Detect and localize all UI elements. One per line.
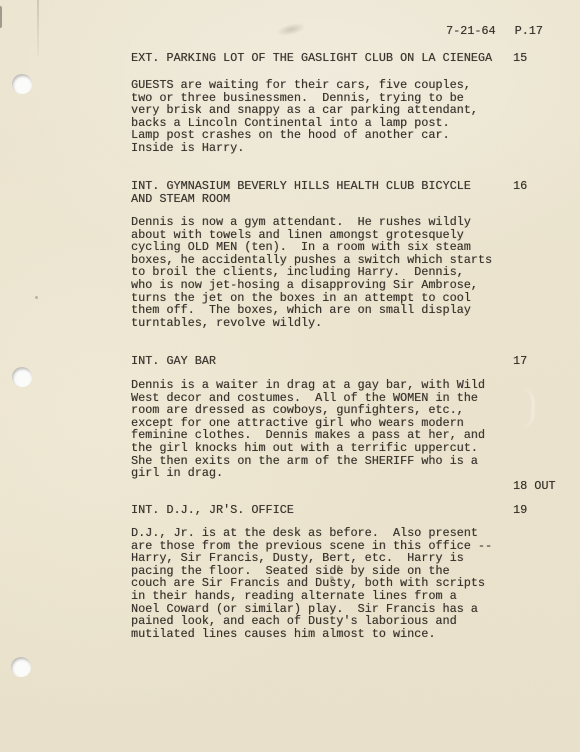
paper-wrinkle — [518, 388, 534, 428]
scene-heading: INT. GYMNASIUM BEVERLY HILLS HEALTH CLUB… — [131, 180, 471, 205]
scene-description: Dennis is now a gym attendant. He rushes… — [131, 216, 492, 329]
paper-edge-mark — [0, 6, 2, 28]
scene-number: 15 — [513, 52, 527, 65]
scene-heading: EXT. PARKING LOT OF THE GASLIGHT CLUB ON… — [131, 52, 492, 65]
scene-heading: INT. GAY BAR — [131, 355, 216, 368]
paper-smudge — [275, 21, 307, 39]
scene-description: Dennis is a waiter in drag at a gay bar,… — [131, 379, 485, 480]
hole-punch-middle — [12, 367, 32, 387]
scene-number: 19 — [513, 504, 527, 517]
ink-speck — [35, 296, 38, 299]
header-date: 7-21-64 — [446, 24, 496, 38]
scene-number: 16 — [513, 180, 527, 193]
hole-punch-bottom — [11, 657, 31, 677]
paper-crease — [37, 0, 39, 56]
scene-description: GUESTS are waiting for their cars, five … — [131, 79, 478, 155]
scene-number-omitted: 18 OUT — [513, 480, 555, 493]
script-page: 7-21-64P.17 EXT. PARKING LOT OF THE GASL… — [0, 0, 580, 752]
page-header: 7-21-64P.17 — [446, 25, 543, 38]
scene-heading: INT. D.J., JR'S. OFFICE — [131, 504, 294, 517]
scene-number: 17 — [513, 355, 527, 368]
scene-description: D.J., Jr. is at the desk as before. Also… — [131, 527, 492, 640]
hole-punch-top — [12, 74, 32, 94]
header-page-number: P.17 — [515, 24, 543, 38]
